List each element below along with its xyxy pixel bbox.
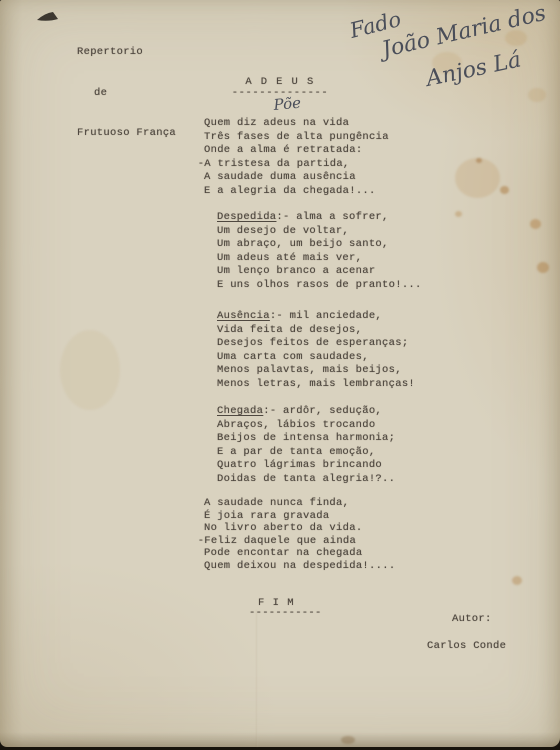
stain: [512, 576, 522, 585]
poem-line: E uns olhos rasos de pranto!...: [217, 279, 422, 293]
poem-line: Doidas de tanta alegria!?..: [217, 473, 395, 487]
poem-line: No livro aberto da vida.: [204, 522, 395, 535]
stanza-heading-line: Chegada:- ardôr, sedução,: [217, 405, 395, 419]
poem-line: Um adeus até mais ver,: [217, 252, 422, 266]
stain: [505, 30, 527, 46]
poem-line: E a alegria da chegada!...: [204, 185, 389, 199]
poem-line: E a par de tanta emoção,: [217, 446, 395, 460]
author-label: Autor:: [452, 613, 492, 627]
document-page: Repertorio de Frutuoso França A D E U S …: [0, 0, 560, 747]
fim-underline: -----------: [249, 607, 322, 621]
poem-line: Menos letras, mais lembranças!: [217, 378, 415, 392]
poem-line: Desejos feitos de esperanças;: [217, 337, 415, 351]
poem-line: Menos palavtas, mais beijos,: [217, 364, 415, 378]
poem-line: Vida feita de desejos,: [217, 324, 415, 338]
poem-line: Um desejo de voltar,: [217, 225, 422, 239]
poem-line: A saudade duma ausência: [204, 171, 389, 185]
poem-line: Abraços, lábios trocando: [217, 419, 395, 433]
stanza-intro: Quem diz adeus na vidaTrês fases de alta…: [204, 117, 389, 198]
poem-line: Uma carta com saudades,: [217, 351, 415, 365]
author-name: Carlos Conde: [427, 640, 506, 654]
stanza-heading-line: Ausência:- mil anciedade,: [217, 310, 415, 324]
poem-line: Quem diz adeus na vida: [204, 117, 389, 131]
poem-line: -Feliz daquele que ainda: [204, 535, 395, 548]
stanza-despedida: Despedida:- alma a sofrer,Um desejo de v…: [217, 211, 422, 292]
poem-line: Beijos de intensa harmonia;: [217, 432, 395, 446]
stain: [455, 158, 500, 198]
poem-line: Quem deixou na despedida!....: [204, 560, 395, 573]
stain: [455, 211, 462, 217]
repertoire-owner: Frutuoso França: [77, 127, 176, 141]
poem-line: Pode encontar na chegada: [204, 547, 395, 560]
stanza-chegada: Chegada:- ardôr, sedução,Abraços, lábios…: [217, 405, 395, 486]
stain: [60, 330, 120, 410]
stain: [537, 262, 549, 273]
stain: [500, 186, 509, 194]
poem-line: Um lenço branco a acenar: [217, 265, 422, 279]
stanza-heading: Chegada: [217, 405, 263, 417]
stain: [432, 52, 462, 74]
poem-line: Um abraço, um beijo santo,: [217, 238, 422, 252]
poem-line: -A tristesa da partida,: [204, 158, 389, 172]
poem-line: Onde a alma é retratada:: [204, 144, 389, 158]
repertoire-line: Repertorio: [77, 46, 176, 60]
handwritten-fado-word: Fado: [346, 7, 403, 43]
poem-line: Três fases de alta pungência: [204, 131, 389, 145]
stanza-ausencia: Ausência:- mil anciedade,Vida feita de d…: [217, 310, 415, 391]
stanza-heading: Despedida: [217, 211, 276, 223]
handwritten-tick-icon: [37, 12, 58, 21]
stanza-heading: Ausência: [217, 310, 270, 322]
stanza-heading-line: Despedida:- alma a sofrer,: [217, 211, 422, 225]
title-underline: --------------: [0, 87, 560, 101]
paper-crease: [256, 610, 258, 747]
stanza-final: A saudade nunca finda,É joia rara gravad…: [204, 497, 395, 573]
poem-line: Quatro lágrimas brincando: [217, 459, 395, 473]
poem-line: A saudade nunca finda,: [204, 497, 395, 510]
stain: [530, 219, 541, 229]
poem-line: É joia rara gravada: [204, 510, 395, 523]
stain: [341, 736, 355, 744]
stain: [476, 158, 482, 163]
